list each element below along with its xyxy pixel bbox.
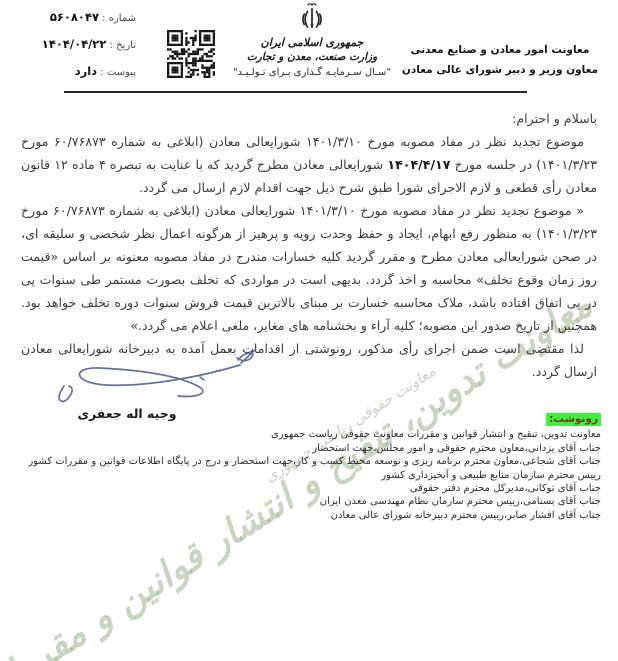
letter-number-label: شماره : xyxy=(102,13,136,24)
iran-coat-of-arms-icon xyxy=(299,2,325,34)
letter-number-value: ۵۶۰۸۰۴۷ xyxy=(50,10,99,24)
letterhead-center: جمهوری اسلامی ایران وزارت صنعت، معدن و ت… xyxy=(210,2,414,79)
deputy-title-line1: معاونت امور معادن و صنایع معدنی xyxy=(402,40,598,60)
session-date-bold: ۱۴۰۴/۴/۱۷ xyxy=(387,157,450,172)
cc-item: جناب آقای توکانی،مدیرکل محترم دفتر حقوقی xyxy=(15,482,601,495)
letter-date-label: تاریخ : xyxy=(110,40,136,51)
header-divider xyxy=(64,91,527,93)
cc-item: جناب آقای یزدانی،معاون محترم حقوقی و امو… xyxy=(15,442,601,455)
letter-attachment-row: پیوست : دارد xyxy=(8,64,136,91)
salutation: باسلام و احترام: xyxy=(21,107,597,130)
letter-date-row: تاریخ : ۱۴۰۴/۰۴/۲۲ xyxy=(8,37,136,64)
paragraph-1: موضوع تجدید نظر در مفاد مصوبه مورخ ۱۴۰۱/… xyxy=(21,130,597,199)
letter-attachment-value: دارد xyxy=(75,64,97,78)
cc-item: رییس محترم سازمان منابع طبیعی و آبخیزدار… xyxy=(15,469,601,482)
cc-item: معاونت تدوین، تنقیح و انتشار قوانین و مق… xyxy=(15,428,601,441)
letter-meta-fields: شماره : ۵۶۰۸۰۴۷ تاریخ : ۱۴۰۴/۰۴/۲۲ پیوست… xyxy=(8,10,136,91)
paragraph-2-resolution-quote: « موضوع تجدید نظر در مفاد مصوبه مورخ ۱۴۰… xyxy=(21,199,597,337)
official-letter-page: معاونت تدوین، تنقیح و انتشار قوانین و مق… xyxy=(0,0,618,661)
cc-item: جناب آقای شجاعی،معاون محترم برنامه ریزی … xyxy=(15,455,601,468)
cc-label-highlighted: رونوشت: xyxy=(546,413,601,426)
year-slogan: "سـال سـرمایـه گـذاری بـرای تـولـیـد" xyxy=(210,66,414,79)
letter-body: باسلام و احترام: موضوع تجدید نظر در مفاد… xyxy=(21,107,597,383)
letter-attachment-label: پیوست : xyxy=(100,67,136,78)
letter-number-row: شماره : ۵۶۰۸۰۴۷ xyxy=(8,10,136,37)
ministry-title: وزارت صنعت، معدن و تجارت xyxy=(210,50,414,64)
deputy-title-line2: معاون وزیر و دبیر شورای عالی معادن xyxy=(402,60,598,80)
country-title: جمهوری اسلامی ایران xyxy=(210,36,414,50)
letterhead-right: معاونت امور معادن و صنایع معدنی معاون وز… xyxy=(402,40,598,80)
cc-section: رونوشت: معاونت تدوین، تنقیح و انتشار قوا… xyxy=(15,413,601,522)
qr-code xyxy=(167,30,215,78)
cc-item: جناب آقای بستامی،رییس محترم سازمان نظام … xyxy=(15,495,601,508)
handwritten-signature-icon xyxy=(50,346,265,410)
letter-date-value: ۱۴۰۴/۰۴/۲۲ xyxy=(42,37,107,51)
cc-item: جناب آقای افشار صابر،رییس محترم دبیرخانه… xyxy=(15,509,601,522)
